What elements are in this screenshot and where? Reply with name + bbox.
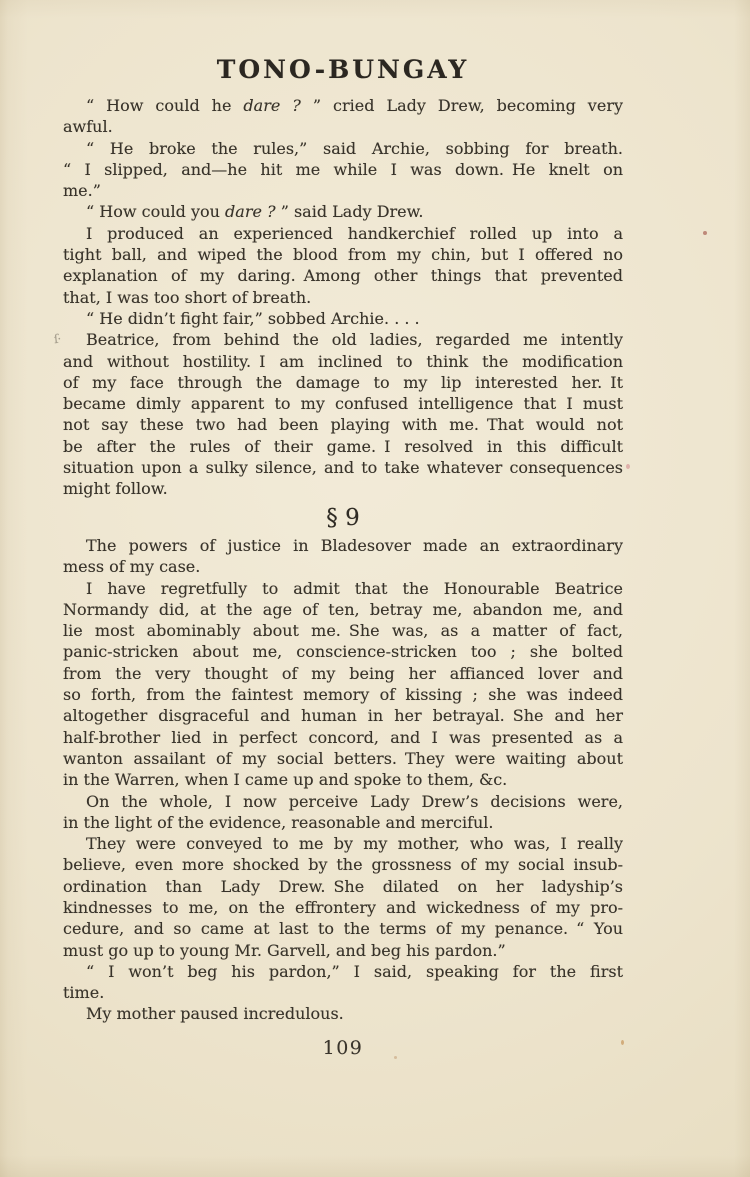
text-line: On the whole, I now perceive Lady Drew’s…	[63, 791, 623, 812]
paragraph: Beatrice, from behind the old ladies, re…	[63, 329, 623, 499]
text-run: “ He broke the rules,” said Archie, sobb…	[86, 139, 623, 158]
text-line: lie most abominably about me. She was, a…	[63, 620, 623, 641]
text-run: kindnesses to me, on the effrontery and …	[63, 898, 623, 917]
paragraph: “ I won’t beg his pardon,” I said, speak…	[63, 961, 623, 1004]
text-run: must go up to young Mr. Garvell, and beg…	[63, 941, 506, 960]
text-run: me.”	[63, 181, 101, 200]
text-run: My mother paused incredulous.	[86, 1004, 344, 1023]
text-run: be after the rules of their game. I reso…	[63, 437, 623, 456]
text-run: from the very thought of my being her af…	[63, 664, 623, 683]
text-line: be after the rules of their game. I reso…	[63, 436, 623, 457]
text-run: ordination than Lady Drew. She dilated o…	[63, 877, 623, 896]
ink-smudge-mark: ſ·	[53, 333, 60, 346]
text-line: of my face through the damage to my lip …	[63, 372, 623, 393]
text-run: “ How could you	[86, 202, 225, 221]
text-line: might follow.	[63, 478, 623, 499]
text-line: “ I won’t beg his pardon,” I said, speak…	[63, 961, 623, 982]
paragraph: My mother paused incredulous.	[63, 1003, 623, 1024]
text-line: in the light of the evidence, reasonable…	[63, 812, 623, 833]
text-run: in the Warren, when I came up and spoke …	[63, 770, 507, 789]
text-run: ” said Lady Drew.	[276, 202, 424, 221]
text-run: panic-stricken about me, conscience-stri…	[63, 642, 623, 661]
paragraph: They were conveyed to me by my mother, w…	[63, 833, 623, 961]
text-line: must go up to young Mr. Garvell, and beg…	[63, 940, 623, 961]
text-run: explanation of my daring. Among other th…	[63, 266, 623, 285]
text-run: I have regretfully to admit that the Hon…	[86, 579, 623, 598]
text-run: “ I slipped, and—he hit me while I was d…	[63, 160, 623, 179]
text-run: On the whole, I now perceive Lady Drew’s…	[86, 792, 623, 811]
paper-speck	[394, 1056, 397, 1059]
text-line: kindnesses to me, on the effrontery and …	[63, 897, 623, 918]
text-run: so forth, from the faintest memory of ki…	[63, 685, 623, 704]
text-line: so forth, from the faintest memory of ki…	[63, 684, 623, 705]
text-line: They were conveyed to me by my mother, w…	[63, 833, 623, 854]
text-run: awful.	[63, 117, 113, 136]
text-line: situation upon a sulky silence, and to t…	[63, 457, 623, 478]
text-line: tight ball, and wiped the blood from my …	[63, 244, 623, 265]
paragraph: The powers of justice in Bladesover made…	[63, 535, 623, 578]
paragraph: “ He broke the rules,” said Archie, sobb…	[63, 138, 623, 202]
text-run: and without hostility. I am inclined to …	[63, 352, 623, 371]
text-line: The powers of justice in Bladesover made…	[63, 535, 623, 556]
text-run: became dimly apparent to my confused int…	[63, 394, 623, 413]
text-line: ordination than Lady Drew. She dilated o…	[63, 876, 623, 897]
text-line: Normandy did, at the age of ten, betray …	[63, 599, 623, 620]
text-line: mess of my case.	[63, 556, 623, 577]
paragraph: “ He didn’t fight fair,” sobbed Archie. …	[63, 308, 623, 329]
text-line: awful.	[63, 116, 623, 137]
paragraph: “ How could you dare ? ” said Lady Drew.	[63, 201, 623, 222]
text-line: Beatrice, from behind the old ladies, re…	[63, 329, 623, 350]
text-run: tight ball, and wiped the blood from my …	[63, 245, 623, 264]
text-run: mess of my case.	[63, 557, 200, 576]
page-content: TONO-BUNGAY “ How could he dare ? ” crie…	[63, 0, 623, 1059]
text-line: “ I slipped, and—he hit me while I was d…	[63, 159, 623, 180]
text-line: believe, even more shocked by the grossn…	[63, 854, 623, 875]
text-line: I produced an experienced handkerchief r…	[63, 223, 623, 244]
text-line: explanation of my daring. Among other th…	[63, 265, 623, 286]
text-run: I produced an experienced handkerchief r…	[86, 224, 623, 243]
text-run: wanton assailant of my social betters. T…	[63, 749, 623, 768]
text-line: cedure, and so came at last to the terms…	[63, 918, 623, 939]
text-line: became dimly apparent to my confused int…	[63, 393, 623, 414]
paragraph: I produced an experienced handkerchief r…	[63, 223, 623, 308]
text-run: time.	[63, 983, 104, 1002]
text-line: wanton assailant of my social betters. T…	[63, 748, 623, 769]
text-line: half-brother lied in perfect concord, an…	[63, 727, 623, 748]
text-block: “ How could he dare ? ” cried Lady Drew,…	[63, 95, 623, 1025]
text-line: “ How could he dare ? ” cried Lady Drew,…	[63, 95, 623, 116]
paper-speck	[626, 464, 630, 469]
running-title: TONO-BUNGAY	[63, 55, 623, 84]
section-heading: § 9	[63, 508, 623, 529]
text-run: altogether disgraceful and human in her …	[63, 706, 623, 725]
page-number: 109	[63, 1037, 623, 1059]
text-line: I have regretfully to admit that the Hon…	[63, 578, 623, 599]
text-run: ” cried Lady Drew, becoming very	[301, 96, 623, 115]
text-run: lie most abominably about me. She was, a…	[63, 621, 623, 640]
text-run: “ How could he	[86, 96, 243, 115]
text-run: situation upon a sulky silence, and to t…	[63, 458, 623, 477]
text-run: believe, even more shocked by the grossn…	[63, 855, 623, 874]
paragraph: On the whole, I now perceive Lady Drew’s…	[63, 791, 623, 834]
text-line: altogether disgraceful and human in her …	[63, 705, 623, 726]
text-run: half-brother lied in perfect concord, an…	[63, 728, 623, 747]
text-line: not say these two had been playing with …	[63, 414, 623, 435]
text-line: “ He broke the rules,” said Archie, sobb…	[63, 138, 623, 159]
paper-speck	[703, 231, 707, 235]
text-line: “ He didn’t fight fair,” sobbed Archie. …	[63, 308, 623, 329]
text-run: Beatrice, from behind the old ladies, re…	[86, 330, 623, 349]
text-run: They were conveyed to me by my mother, w…	[86, 834, 623, 853]
text-run: “ He didn’t fight fair,” sobbed Archie. …	[86, 309, 420, 328]
text-line: “ How could you dare ? ” said Lady Drew.	[63, 201, 623, 222]
text-line: me.”	[63, 180, 623, 201]
paper-speck	[621, 1040, 624, 1045]
italic-text: dare ?	[243, 96, 300, 115]
text-line: and without hostility. I am inclined to …	[63, 351, 623, 372]
text-line: in the Warren, when I came up and spoke …	[63, 769, 623, 790]
text-run: not say these two had been playing with …	[63, 415, 623, 434]
text-line: panic-stricken about me, conscience-stri…	[63, 641, 623, 662]
text-run: in the light of the evidence, reasonable…	[63, 813, 494, 832]
text-run: Normandy did, at the age of ten, betray …	[63, 600, 623, 619]
text-run: “ I won’t beg his pardon,” I said, speak…	[86, 962, 623, 981]
text-run: cedure, and so came at last to the terms…	[63, 919, 623, 938]
text-line: time.	[63, 982, 623, 1003]
text-run: might follow.	[63, 479, 168, 498]
text-run: The powers of justice in Bladesover made…	[86, 536, 623, 555]
paragraph: I have regretfully to admit that the Hon…	[63, 578, 623, 791]
text-line: from the very thought of my being her af…	[63, 663, 623, 684]
text-run: of my face through the damage to my lip …	[63, 373, 623, 392]
paragraph: “ How could he dare ? ” cried Lady Drew,…	[63, 95, 623, 138]
text-line: that, I was too short of breath.	[63, 287, 623, 308]
text-line: My mother paused incredulous.	[63, 1003, 623, 1024]
italic-text: dare ?	[225, 202, 276, 221]
text-run: that, I was too short of breath.	[63, 288, 311, 307]
book-page-scan: TONO-BUNGAY “ How could he dare ? ” crie…	[0, 0, 750, 1177]
